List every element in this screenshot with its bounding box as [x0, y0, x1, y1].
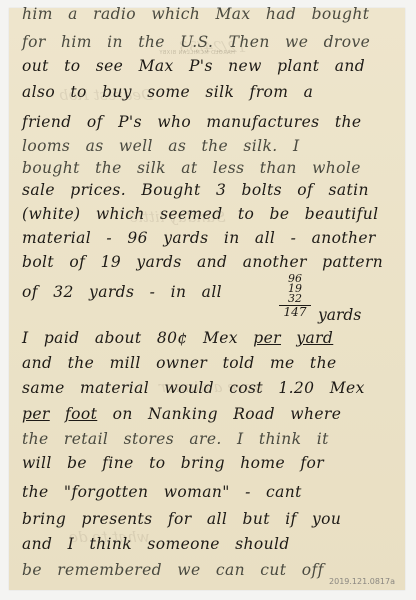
letter-line: for him in the U.S. Then we drove: [22, 33, 396, 51]
letter-line: friend of P's who manufactures the: [22, 113, 396, 131]
letter-line: same material would cost 1.20 Mex: [22, 379, 396, 397]
letter-line: bought the silk at less than whole: [22, 159, 396, 177]
sum-unit: yards: [318, 306, 361, 324]
underlined-word: per: [253, 329, 281, 347]
letter-line: the retail stores are. I think it: [22, 430, 396, 448]
underlined-word: foot: [65, 405, 97, 423]
letter-line: out to see Max P's new plant and: [22, 57, 396, 75]
letter-line: and I think someone should: [22, 535, 396, 553]
letter-line: (white) which seemed to be beautiful: [22, 205, 396, 223]
letter-line: and the mill owner told me the: [22, 354, 396, 372]
letter-line: bring presents for all but if you: [22, 510, 396, 528]
letter-line: will be fine to bring home for: [22, 454, 396, 472]
letter-line: of 32 yards - in all: [22, 283, 222, 301]
underlined-word: per: [22, 405, 50, 423]
letter-line: the "forgotten woman" - cant: [22, 483, 396, 501]
accession-number: 2019.121.0817a: [329, 577, 395, 586]
sum-total: 147: [279, 305, 311, 317]
sum-value: 32: [279, 294, 311, 304]
letter-line: him a radio which Max had bought: [22, 5, 396, 23]
letter-line-text: on Nanking Road where: [113, 405, 342, 423]
letter-line: bolt of 19 yards and another pattern: [22, 253, 396, 271]
letter-line: also to buy some silk from a: [22, 83, 396, 101]
letter-line: per foot on Nanking Road where: [22, 405, 396, 423]
yardage-sum: 96 19 32 147: [279, 274, 311, 317]
letter-line: I paid about 80¢ Mex per yard: [22, 329, 396, 347]
underlined-word: yard: [296, 329, 333, 347]
letter-line: material - 96 yards in all - another: [22, 229, 396, 247]
letter-line-text: I paid about 80¢ Mex: [22, 329, 238, 347]
letter-line: looms as well as the silk. I: [22, 137, 396, 155]
letter-line: sale prices. Bought 3 bolts of satin: [22, 181, 396, 199]
